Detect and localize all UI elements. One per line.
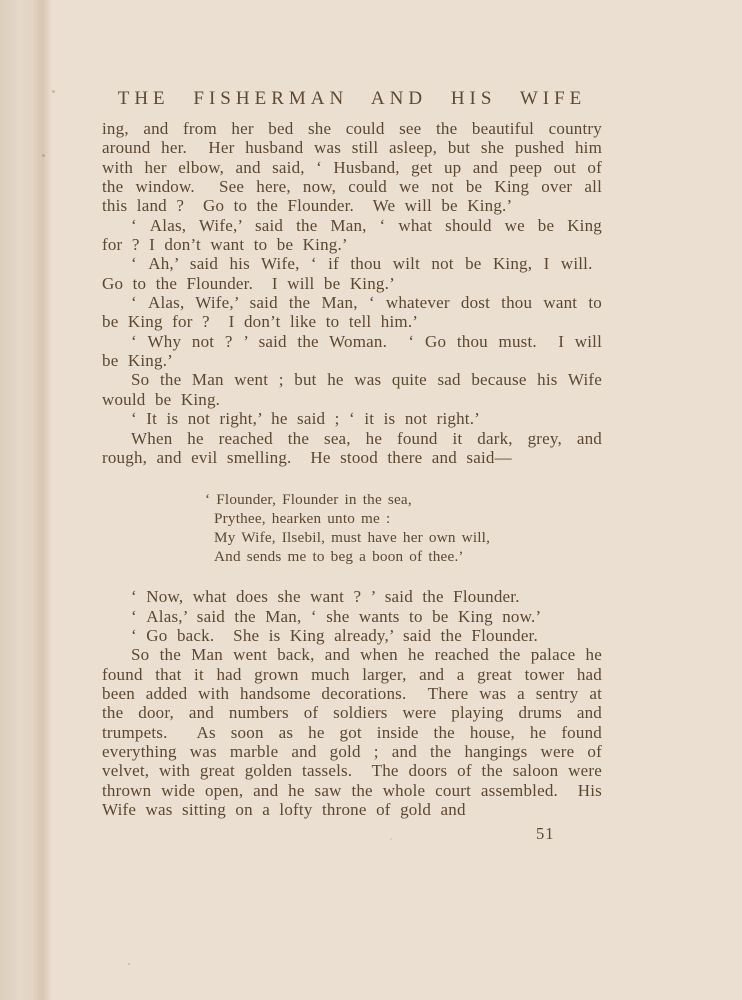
verse-block: ‘ Flounder, Flounder in the sea,Prythee,… [205,490,602,566]
paragraph: ‘ Alas,’ said the Man, ‘ she wants to be… [102,607,602,626]
paragraph: ‘ Alas, Wife,’ said the Man, ‘ what shou… [102,216,602,255]
verse-line: My Wife, Ilsebil, must have her own will… [214,528,602,547]
verse-line: Prythee, hearken unto me : [214,509,602,528]
paragraph: ing, and from her bed she could see the … [102,119,602,216]
paper-speck [42,154,45,157]
paragraph: So the Man went back, and when he reache… [102,645,602,819]
paragraph: ‘ Alas, Wife,’ said the Man, ‘ whatever … [102,293,602,332]
page-gutter-shadow [0,0,52,1000]
paper-speck [52,90,55,93]
verse-line: ‘ Flounder, Flounder in the sea, [205,490,602,509]
page-number: 51 [536,824,555,844]
paper-speck [128,963,130,965]
paragraph: ‘ Why not ? ’ said the Woman. ‘ Go thou … [102,332,602,371]
paragraph: ‘ Now, what does she want ? ’ said the F… [102,587,602,606]
paragraph: ‘ Ah,’ said his Wife, ‘ if thou wilt not… [102,254,602,293]
paragraph: When he reached the sea, he found it dar… [102,429,602,468]
running-title: THE FISHERMAN AND HIS WIFE [102,88,602,110]
paragraph: ‘ Go back. She is King already,’ said th… [102,626,602,645]
paragraph: So the Man went ; but he was quite sad b… [102,370,602,409]
verse-line: And sends me to beg a boon of thee.’ [214,547,602,566]
text-body: ing, and from her bed she could see the … [102,119,602,819]
paragraph: ‘ It is not right,’ he said ; ‘ it is no… [102,409,602,428]
paper-speck [390,838,392,840]
book-page: THE FISHERMAN AND HIS WIFE ing, and from… [0,0,742,1000]
